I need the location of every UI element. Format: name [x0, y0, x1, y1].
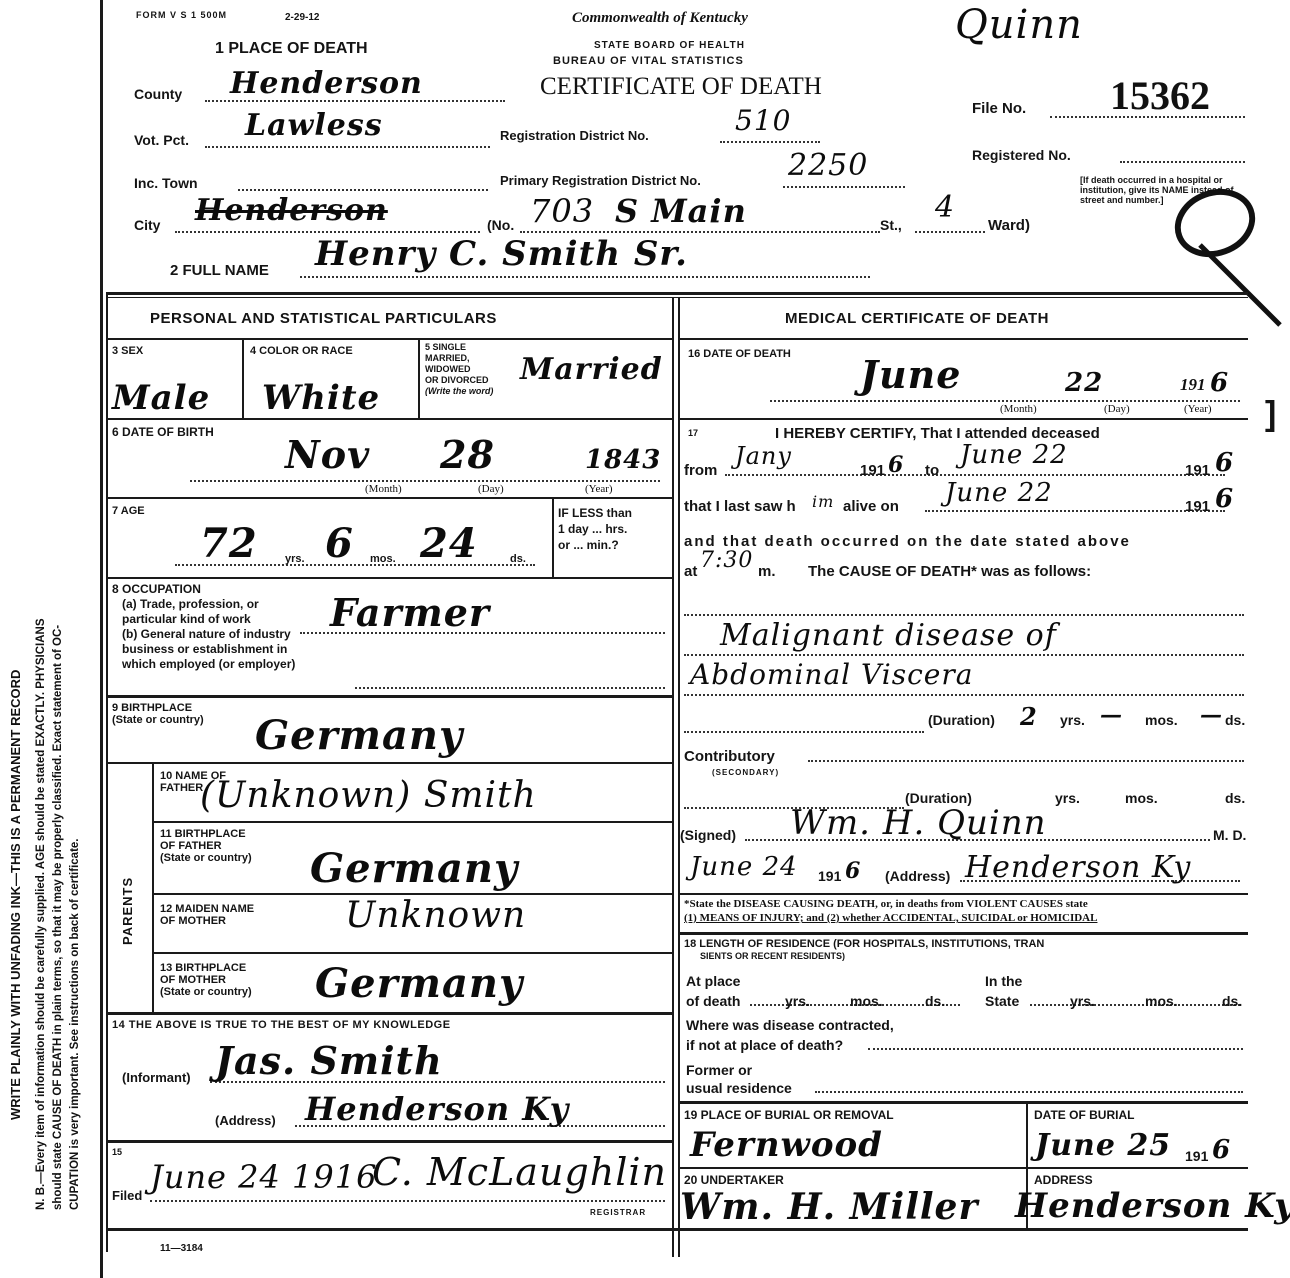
race-value: White: [262, 378, 380, 418]
age-label: 7 AGE: [112, 505, 145, 517]
at-place-label: At place: [686, 973, 740, 989]
md-label: M. D.: [1213, 827, 1246, 843]
dob-month: Nov: [285, 432, 370, 477]
duration-label: (Duration): [928, 712, 995, 728]
primary-registration-value: 2250: [788, 148, 868, 183]
header-divider: [108, 292, 1248, 295]
dod-year-suffix: 6: [1210, 368, 1229, 398]
margin-bracket-mark: ]: [1265, 395, 1276, 434]
last-saw-pronoun: im: [812, 492, 834, 511]
birthplace-label-line: 9 BIRTHPLACE: [112, 702, 204, 714]
dob-day: 28: [440, 432, 495, 477]
in-the-label: In the: [985, 973, 1022, 989]
at-label: at: [684, 563, 697, 580]
mother-birthplace-value: Germany: [315, 960, 523, 1007]
form-number: FORM V S 1 500M: [136, 10, 227, 20]
duration-days: —: [1200, 702, 1223, 728]
dob-line: [190, 476, 660, 482]
at-place-yrs: yrs.: [785, 993, 810, 1009]
street-name-value: S Main: [615, 192, 747, 230]
dod-day-caption: (Day): [1104, 403, 1130, 415]
from-year: 6: [888, 452, 904, 478]
informant-address-label: (Address): [215, 1113, 276, 1128]
to-year: 6: [1215, 448, 1234, 478]
time-value: 7:30: [700, 548, 753, 573]
race-divider: [418, 340, 420, 418]
vot-pct-label: Vot. Pct.: [134, 132, 189, 148]
duration-ds-label: ds.: [1225, 712, 1245, 728]
dob-year: 1843: [585, 445, 661, 475]
row-divider: [108, 695, 672, 698]
cause-line1: Malignant disease of: [720, 618, 1057, 653]
in-state-ds: ds.: [1222, 993, 1242, 1009]
marital-label-line: (Write the word): [425, 386, 493, 397]
contributory-mos-label: mos.: [1125, 790, 1158, 806]
row-divider: [108, 577, 672, 579]
form-left-border: [100, 0, 103, 1278]
undertaker-value: Wm. H. Miller: [680, 1186, 978, 1228]
primary-registration-label: Primary Registration District No.: [500, 173, 701, 188]
street-number-label: (No.: [487, 217, 514, 233]
vot-pct-value: Lawless: [245, 108, 383, 143]
sidebar-note-line2: should state CAUSE OF DEATH in plain ter…: [52, 625, 64, 1210]
father-birthplace-label: 11 BIRTHPLACE OF FATHER (State or countr…: [160, 828, 252, 864]
undertaker-label: 20 UNDERTAKER: [684, 1173, 784, 1187]
duration-months: —: [1100, 702, 1123, 728]
filed-label: Filed: [112, 1188, 142, 1203]
alive-on-label: alive on: [843, 498, 899, 515]
certificate-title: CERTIFICATE OF DEATH: [540, 73, 822, 101]
last-saw-date: June 22: [945, 478, 1053, 508]
ward-value: 4: [935, 190, 955, 225]
row-divider: [680, 932, 1248, 935]
dod-month-caption: (Month): [1000, 403, 1037, 415]
dob-day-caption: (Day): [478, 483, 504, 495]
commonwealth-heading: Commonwealth of Kentucky: [572, 10, 748, 27]
certify-number: 17: [688, 428, 698, 438]
if-less-line: 1 day ... hrs.: [558, 521, 632, 537]
form-code: 11—3184: [160, 1243, 203, 1254]
from-date: Jany: [735, 442, 792, 470]
burial-place-label: 19 PLACE OF BURIAL OR REMOVAL: [684, 1108, 894, 1122]
center-divider: [672, 297, 674, 1257]
employer-line: [355, 683, 665, 689]
row-divider: [108, 1012, 672, 1015]
mother-label-line: OF MOTHER: [160, 915, 254, 927]
filed-date: June 24 1916: [150, 1158, 377, 1196]
marital-label: 5 SINGLE MARRIED, WIDOWED OR DIVORCED (W…: [425, 342, 493, 397]
of-death-label: of death: [686, 993, 740, 1009]
registration-district-value: 510: [735, 104, 791, 137]
informant-address-value: Henderson Ky: [305, 1090, 569, 1128]
row-divider: [680, 418, 1248, 420]
row-divider: [680, 1101, 1248, 1104]
medical-title-divider: [680, 338, 1248, 340]
signed-year: 6: [845, 858, 861, 884]
former-line2: usual residence: [686, 1080, 792, 1096]
occupation-label-line: (a) Trade, profession, or: [112, 597, 295, 612]
former-residence-line: [815, 1089, 1243, 1093]
father-birthplace-value: Germany: [310, 845, 518, 892]
occupation-label-line: (b) General nature of industry: [112, 627, 295, 642]
in-state-yrs: yrs.: [1070, 993, 1095, 1009]
occupation-label: 8 OCCUPATION (a) Trade, profession, or p…: [112, 582, 295, 672]
marital-label-line: MARRIED,: [425, 353, 493, 364]
cause-line: [684, 610, 1244, 616]
informant-label: (Informant): [122, 1070, 191, 1085]
filed-number: 15: [112, 1147, 122, 1157]
last-saw-label: that I last saw h: [684, 498, 796, 515]
contributory-label: Contributory: [684, 748, 775, 765]
row-divider: [680, 893, 1248, 895]
age-ds-label: ds.: [510, 553, 526, 565]
from-year-prefix: 191: [860, 462, 885, 479]
row-divider: [154, 952, 672, 954]
if-less-line: or ... min.?: [558, 537, 632, 553]
county-label: County: [134, 86, 182, 102]
ward-line: [915, 225, 985, 233]
registration-district-label: Registration District No.: [500, 128, 649, 143]
center-divider-inner: [678, 297, 680, 1257]
father-birthplace-label-line: (State or country): [160, 852, 252, 864]
birthplace-label: 9 BIRTHPLACE (State or country): [112, 702, 204, 726]
mother-value: Unknown: [345, 895, 526, 936]
at-place-ds: ds.: [925, 993, 945, 1009]
ward-label: Ward): [988, 217, 1030, 234]
form-inner-left-border: [106, 292, 108, 1252]
if-less-line: IF LESS than: [558, 505, 632, 521]
contributory-yrs-label: yrs.: [1055, 790, 1080, 806]
city-value: Henderson: [195, 193, 388, 228]
in-state-mos: mos.: [1145, 993, 1178, 1009]
secondary-label: (SECONDARY): [712, 768, 779, 777]
at-place-mos: mos.: [850, 993, 883, 1009]
footnote-line1: *State the DISEASE CAUSING DEATH, or, in…: [684, 898, 1088, 910]
row-divider: [108, 1140, 672, 1143]
duration-years: 2: [1020, 702, 1038, 731]
inc-town-line: [238, 183, 488, 191]
signed-label: (Signed): [680, 827, 736, 843]
burial-place-value: Fernwood: [690, 1125, 883, 1165]
mother-birthplace-label-line: OF MOTHER: [160, 974, 252, 986]
sex-value: Male: [112, 378, 210, 418]
age-mos-label: mos.: [370, 553, 396, 565]
circle-mark-icon: [1170, 185, 1290, 330]
undertaker-address-label: ADDRESS: [1034, 1173, 1093, 1187]
last-saw-year: 6: [1215, 484, 1234, 514]
header-annotation: Quinn: [955, 2, 1083, 48]
age-days: 24: [420, 520, 478, 567]
dob-month-caption: (Month): [365, 483, 402, 495]
physician-address-label: (Address): [885, 868, 950, 884]
to-year-prefix: 191: [1185, 462, 1210, 479]
street-suffix-label: St.,: [880, 217, 902, 233]
registrar-label: REGISTRAR: [590, 1208, 646, 1217]
form-date: 2-29-12: [285, 12, 319, 23]
occupation-label-line: which employed (or employer): [112, 657, 295, 672]
row-divider: [680, 1167, 1248, 1169]
duration-line: [684, 727, 924, 733]
duration-yrs-label: yrs.: [1060, 712, 1085, 728]
mother-label-line: 12 MAIDEN NAME: [160, 903, 254, 915]
footnote-line2: (1) MEANS OF INJURY; and (2) whether ACC…: [684, 912, 1097, 924]
age-yrs-label: yrs.: [285, 553, 305, 565]
personal-section-title: PERSONAL AND STATISTICAL PARTICULARS: [150, 310, 497, 327]
dod-label: 16 DATE OF DEATH: [688, 348, 791, 360]
last-saw-year-prefix: 191: [1185, 498, 1210, 515]
full-name-label: 2 FULL NAME: [170, 262, 269, 279]
sex-label: 3 SEX: [112, 345, 143, 357]
file-number: 15362: [1110, 72, 1210, 119]
cause-line2: Abdominal Viscera: [690, 658, 973, 691]
marital-value: Married: [520, 352, 663, 387]
birthplace-value: Germany: [255, 712, 463, 759]
dod-day: 22: [1065, 368, 1103, 398]
row-divider: [108, 762, 672, 764]
physician-address-value: Henderson Ky: [965, 850, 1191, 885]
in-state-line: [1030, 1002, 1240, 1006]
mother-birthplace-label-line: (State or country): [160, 986, 252, 998]
occupation-label-line: business or establishment in: [112, 642, 295, 657]
age-months: 6: [325, 520, 354, 567]
informant-value: Jas. Smith: [215, 1038, 443, 1083]
occupation-label-line: 8 OCCUPATION: [112, 582, 295, 597]
sidebar-ink-warning: WRITE PLAINLY WITH UNFADING INK—THIS IS …: [8, 670, 23, 1120]
birthplace-label-line: (State or country): [112, 714, 204, 726]
contributory-line: [808, 756, 1244, 762]
dod-month: June: [860, 352, 961, 397]
marital-label-line: OR DIVORCED: [425, 375, 493, 386]
burial-year-prefix: 191: [1185, 1148, 1208, 1164]
street-number-value: 703: [530, 192, 594, 230]
marital-label-line: 5 SINGLE: [425, 342, 493, 353]
father-birthplace-label-line: OF FATHER: [160, 840, 252, 852]
registered-number-line: [1120, 153, 1245, 163]
signed-date: June 24: [690, 852, 798, 882]
contracted-line2: if not at place of death?: [686, 1037, 843, 1053]
informant-heading: 14 THE ABOVE IS TRUE TO THE BEST OF MY K…: [112, 1019, 451, 1031]
age-divider: [552, 499, 554, 577]
contributory-ds-label: ds.: [1225, 790, 1245, 806]
father-birthplace-label-line: 11 BIRTHPLACE: [160, 828, 252, 840]
row-divider: [108, 418, 672, 420]
state-label: State: [985, 993, 1019, 1009]
contracted-line1: Where was disease contracted,: [686, 1017, 894, 1033]
signed-year-prefix: 191: [818, 868, 841, 884]
footer-divider: [108, 1228, 1248, 1231]
parents-label: PARENTS: [120, 877, 135, 945]
sidebar-note-line1: N. B.—Every item of information should b…: [35, 619, 47, 1211]
dod-year-caption: (Year): [1184, 403, 1212, 415]
parents-divider: [152, 764, 154, 1012]
occupation-value: Farmer: [330, 590, 490, 635]
sex-divider: [242, 340, 244, 418]
dod-line: [770, 396, 1240, 402]
place-of-death-heading: 1 PLACE OF DEATH: [215, 40, 368, 58]
dob-label: 6 DATE OF BIRTH: [112, 425, 214, 439]
row-divider: [154, 821, 672, 823]
race-label: 4 COLOR OR RACE: [250, 345, 353, 357]
contracted-line: [868, 1046, 1243, 1050]
board-heading: STATE BOARD OF HEALTH: [594, 40, 745, 51]
father-value: (Unknown) Smith: [200, 775, 537, 816]
age-years: 72: [200, 520, 258, 567]
sidebar-note-line3: CUPATION is very important. See instruct…: [69, 839, 81, 1211]
residence-heading-line1: 18 LENGTH OF RESIDENCE (FOR HOSPITALS, I…: [684, 938, 1044, 950]
personal-title-divider: [108, 338, 672, 340]
row-divider: [108, 497, 672, 499]
mother-label: 12 MAIDEN NAME OF MOTHER: [160, 903, 254, 927]
marital-label-line: WIDOWED: [425, 364, 493, 375]
burial-date-value: June 25: [1035, 1128, 1171, 1163]
undertaker-address-value: Henderson Ky: [1015, 1186, 1290, 1226]
dod-year-prefix: 191: [1180, 375, 1206, 395]
burial-year: 6: [1212, 1135, 1231, 1165]
filed-line: [150, 1196, 665, 1202]
to-date: June 22: [960, 440, 1068, 470]
if-less-label: IF LESS than 1 day ... hrs. or ... min.?: [558, 505, 632, 553]
former-line1: Former or: [686, 1062, 752, 1078]
county-value: Henderson: [230, 66, 423, 101]
file-number-label: File No.: [972, 100, 1026, 117]
bureau-heading: BUREAU OF VITAL STATISTICS: [553, 55, 744, 67]
cause-text: The CAUSE OF DEATH* was as follows:: [808, 563, 1091, 580]
to-label: to: [925, 462, 939, 479]
registrar-signature: C. McLaughlin: [372, 1150, 667, 1194]
duration-mos-label: mos.: [1145, 712, 1178, 728]
dob-year-caption: (Year): [585, 483, 613, 495]
registered-number-label: Registered No.: [972, 147, 1071, 163]
mother-birthplace-label: 13 BIRTHPLACE OF MOTHER (State or countr…: [160, 962, 252, 998]
occupation-label-line: particular kind of work: [112, 612, 295, 627]
m-label: m.: [758, 563, 776, 580]
physician-signature: Wm. H. Quinn: [790, 803, 1047, 843]
medical-section-title: MEDICAL CERTIFICATE OF DEATH: [785, 310, 1049, 327]
from-label: from: [684, 462, 717, 479]
city-label: City: [134, 217, 160, 233]
residence-heading-line2: SIENTS OR RECENT RESIDENTS): [700, 951, 845, 961]
burial-date-label: DATE OF BURIAL: [1034, 1108, 1134, 1122]
mother-birthplace-label-line: 13 BIRTHPLACE: [160, 962, 252, 974]
full-name-value: Henry C. Smith Sr.: [315, 234, 688, 274]
inc-town-label: Inc. Town: [134, 175, 198, 191]
from-line: [725, 470, 1225, 476]
